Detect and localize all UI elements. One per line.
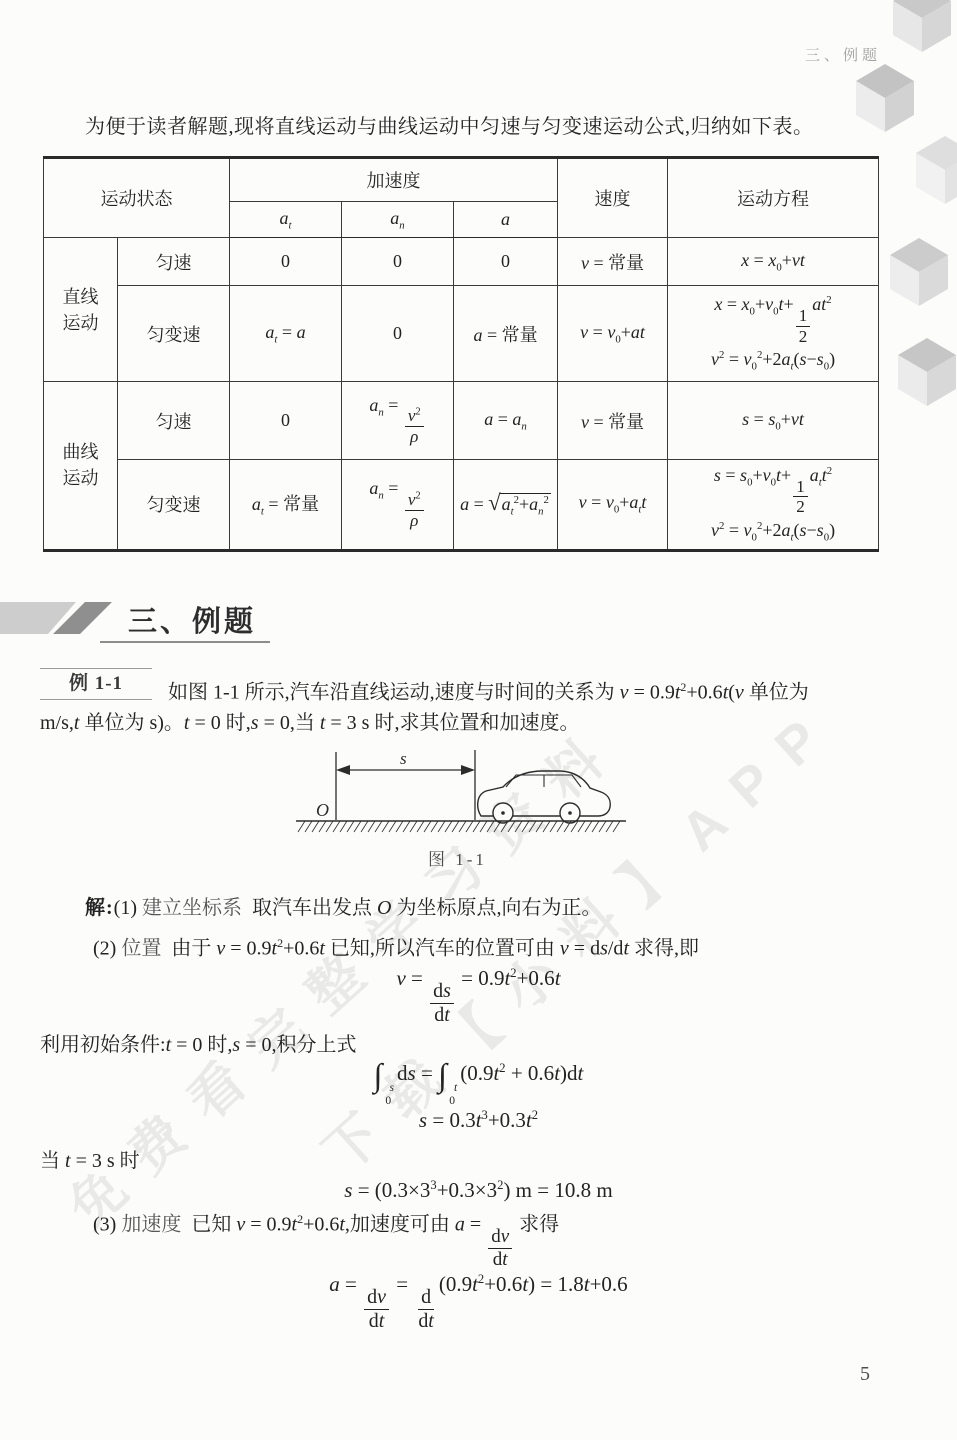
header-acceleration: 加速度: [230, 158, 558, 202]
page-number: 5: [860, 1363, 870, 1386]
v-cell: v = v0+at: [558, 286, 668, 382]
a-cell: a = 常量: [454, 286, 558, 382]
eq-cell: s = s0+v0t+12att2v2 = v02+2at(s−s0): [668, 460, 879, 551]
a-cell: 0: [454, 238, 558, 286]
figure-1-1: s O: [290, 744, 635, 844]
example-text-line2: m/s,t 单位为 s)。t = 0 时,s = 0,当 t = 3 s 时,求…: [40, 708, 920, 738]
section-slash-icon: [0, 600, 125, 636]
at-cell: at = 常量: [230, 460, 342, 551]
an-cell: an = v2ρ: [342, 382, 454, 460]
eq-cell: x = x0+vt: [668, 238, 879, 286]
a-cell: a = √at2+an2: [454, 460, 558, 551]
eq-cell: x = x0+v0t+12at2v2 = v02+2at(s−s0): [668, 286, 879, 382]
example-text-line1: 如图 1-1 所示,汽车沿直线运动,速度与时间的关系为 v = 0.9t2+0.…: [168, 672, 928, 708]
solution-step-4: 当 t = 3 s 时: [40, 1146, 140, 1176]
figure-origin-label: O: [316, 800, 329, 820]
header-velocity: 速度: [558, 158, 668, 238]
header-at: at: [230, 202, 342, 238]
group-label-curve: 曲线运动: [44, 382, 118, 551]
formula-position: s = 0.3t3+0.3t2: [0, 1108, 957, 1133]
table-row-line-uniform: 直线运动 匀速 0 0 0 v = 常量 x = x0+vt: [44, 238, 879, 286]
formula-integral: ∫s0ds = ∫t0(0.9t2 + 0.6t)dt: [0, 1058, 957, 1108]
eq-cell: s = s0+vt: [668, 382, 879, 460]
formula-velocity: v = dsdt = 0.9t2+0.6t: [0, 966, 957, 1027]
table-row-curve-uniform: 曲线运动 匀速 0 an = v2ρ a = an v = 常量 s = s0+…: [44, 382, 879, 460]
table-row-curve-accel: 匀变速 at = 常量 an = v2ρ a = √at2+an2 v = v0…: [44, 460, 879, 551]
figure-span-label: s: [400, 749, 407, 768]
solution-step-1: 解:(1) 建立坐标系 取汽车出发点 O 为坐标原点,向右为正。: [85, 893, 601, 923]
formula-position-value: s = (0.3×33+0.3×32) m = 10.8 m: [0, 1178, 957, 1203]
header-an: an: [342, 202, 454, 238]
state-cell: 匀变速: [118, 286, 230, 382]
solution-step-5: (3) 加速度 已知 v = 0.9t2+0.6t,加速度可由 a = dvdt…: [93, 1204, 559, 1271]
group-label-linear: 直线运动: [44, 238, 118, 382]
an-cell: 0: [342, 286, 454, 382]
header-equation: 运动方程: [668, 158, 879, 238]
figure-caption: 图 1-1: [428, 845, 487, 870]
v-cell: v = 常量: [558, 382, 668, 460]
formula-acceleration: a = dvdt = ddt(0.9t2+0.6t) = 1.8t+0.6: [0, 1272, 957, 1333]
at-cell: at = a: [230, 286, 342, 382]
header-a: a: [454, 202, 558, 238]
v-cell: v = 常量: [558, 238, 668, 286]
at-cell: 0: [230, 238, 342, 286]
section-title: 三、例题: [128, 599, 256, 640]
solution-step-3: 利用初始条件:t = 0 时,s = 0,积分上式: [40, 1030, 356, 1060]
car-drawing: [478, 771, 611, 823]
table-header-row-1: 运动状态 加速度 速度 运动方程: [44, 158, 879, 202]
table-row-line-accel: 匀变速 at = a 0 a = 常量 v = v0+at x = x0+v0t…: [44, 286, 879, 382]
state-cell: 匀变速: [118, 460, 230, 551]
an-cell: 0: [342, 238, 454, 286]
state-cell: 匀速: [118, 238, 230, 286]
header-motion-state: 运动状态: [44, 158, 230, 238]
at-cell: 0: [230, 382, 342, 460]
motion-formula-table: 运动状态 加速度 速度 运动方程 at an a 直线运动 匀速 0 0 0 v…: [43, 156, 879, 552]
an-cell: an = v2ρ: [342, 460, 454, 551]
v-cell: v = v0+att: [558, 460, 668, 551]
solution-step-2: (2) 位置 由于 v = 0.9t2+0.6t 已知,所以汽车的位置可由 v …: [93, 928, 699, 964]
section-underline: [100, 641, 270, 643]
section-heading: 三、例题: [0, 597, 500, 653]
example-label: 例 1-1: [40, 668, 152, 700]
state-cell: 匀速: [118, 382, 230, 460]
textbook-page: 免费看完整学习资料 下载【小料】APP 三、例题: [0, 0, 957, 1440]
a-cell: a = an: [454, 382, 558, 460]
intro-paragraph: 为便于读者解题,现将直线运动与曲线运动中匀速与匀变速运动公式,归纳如下表。: [85, 112, 915, 142]
